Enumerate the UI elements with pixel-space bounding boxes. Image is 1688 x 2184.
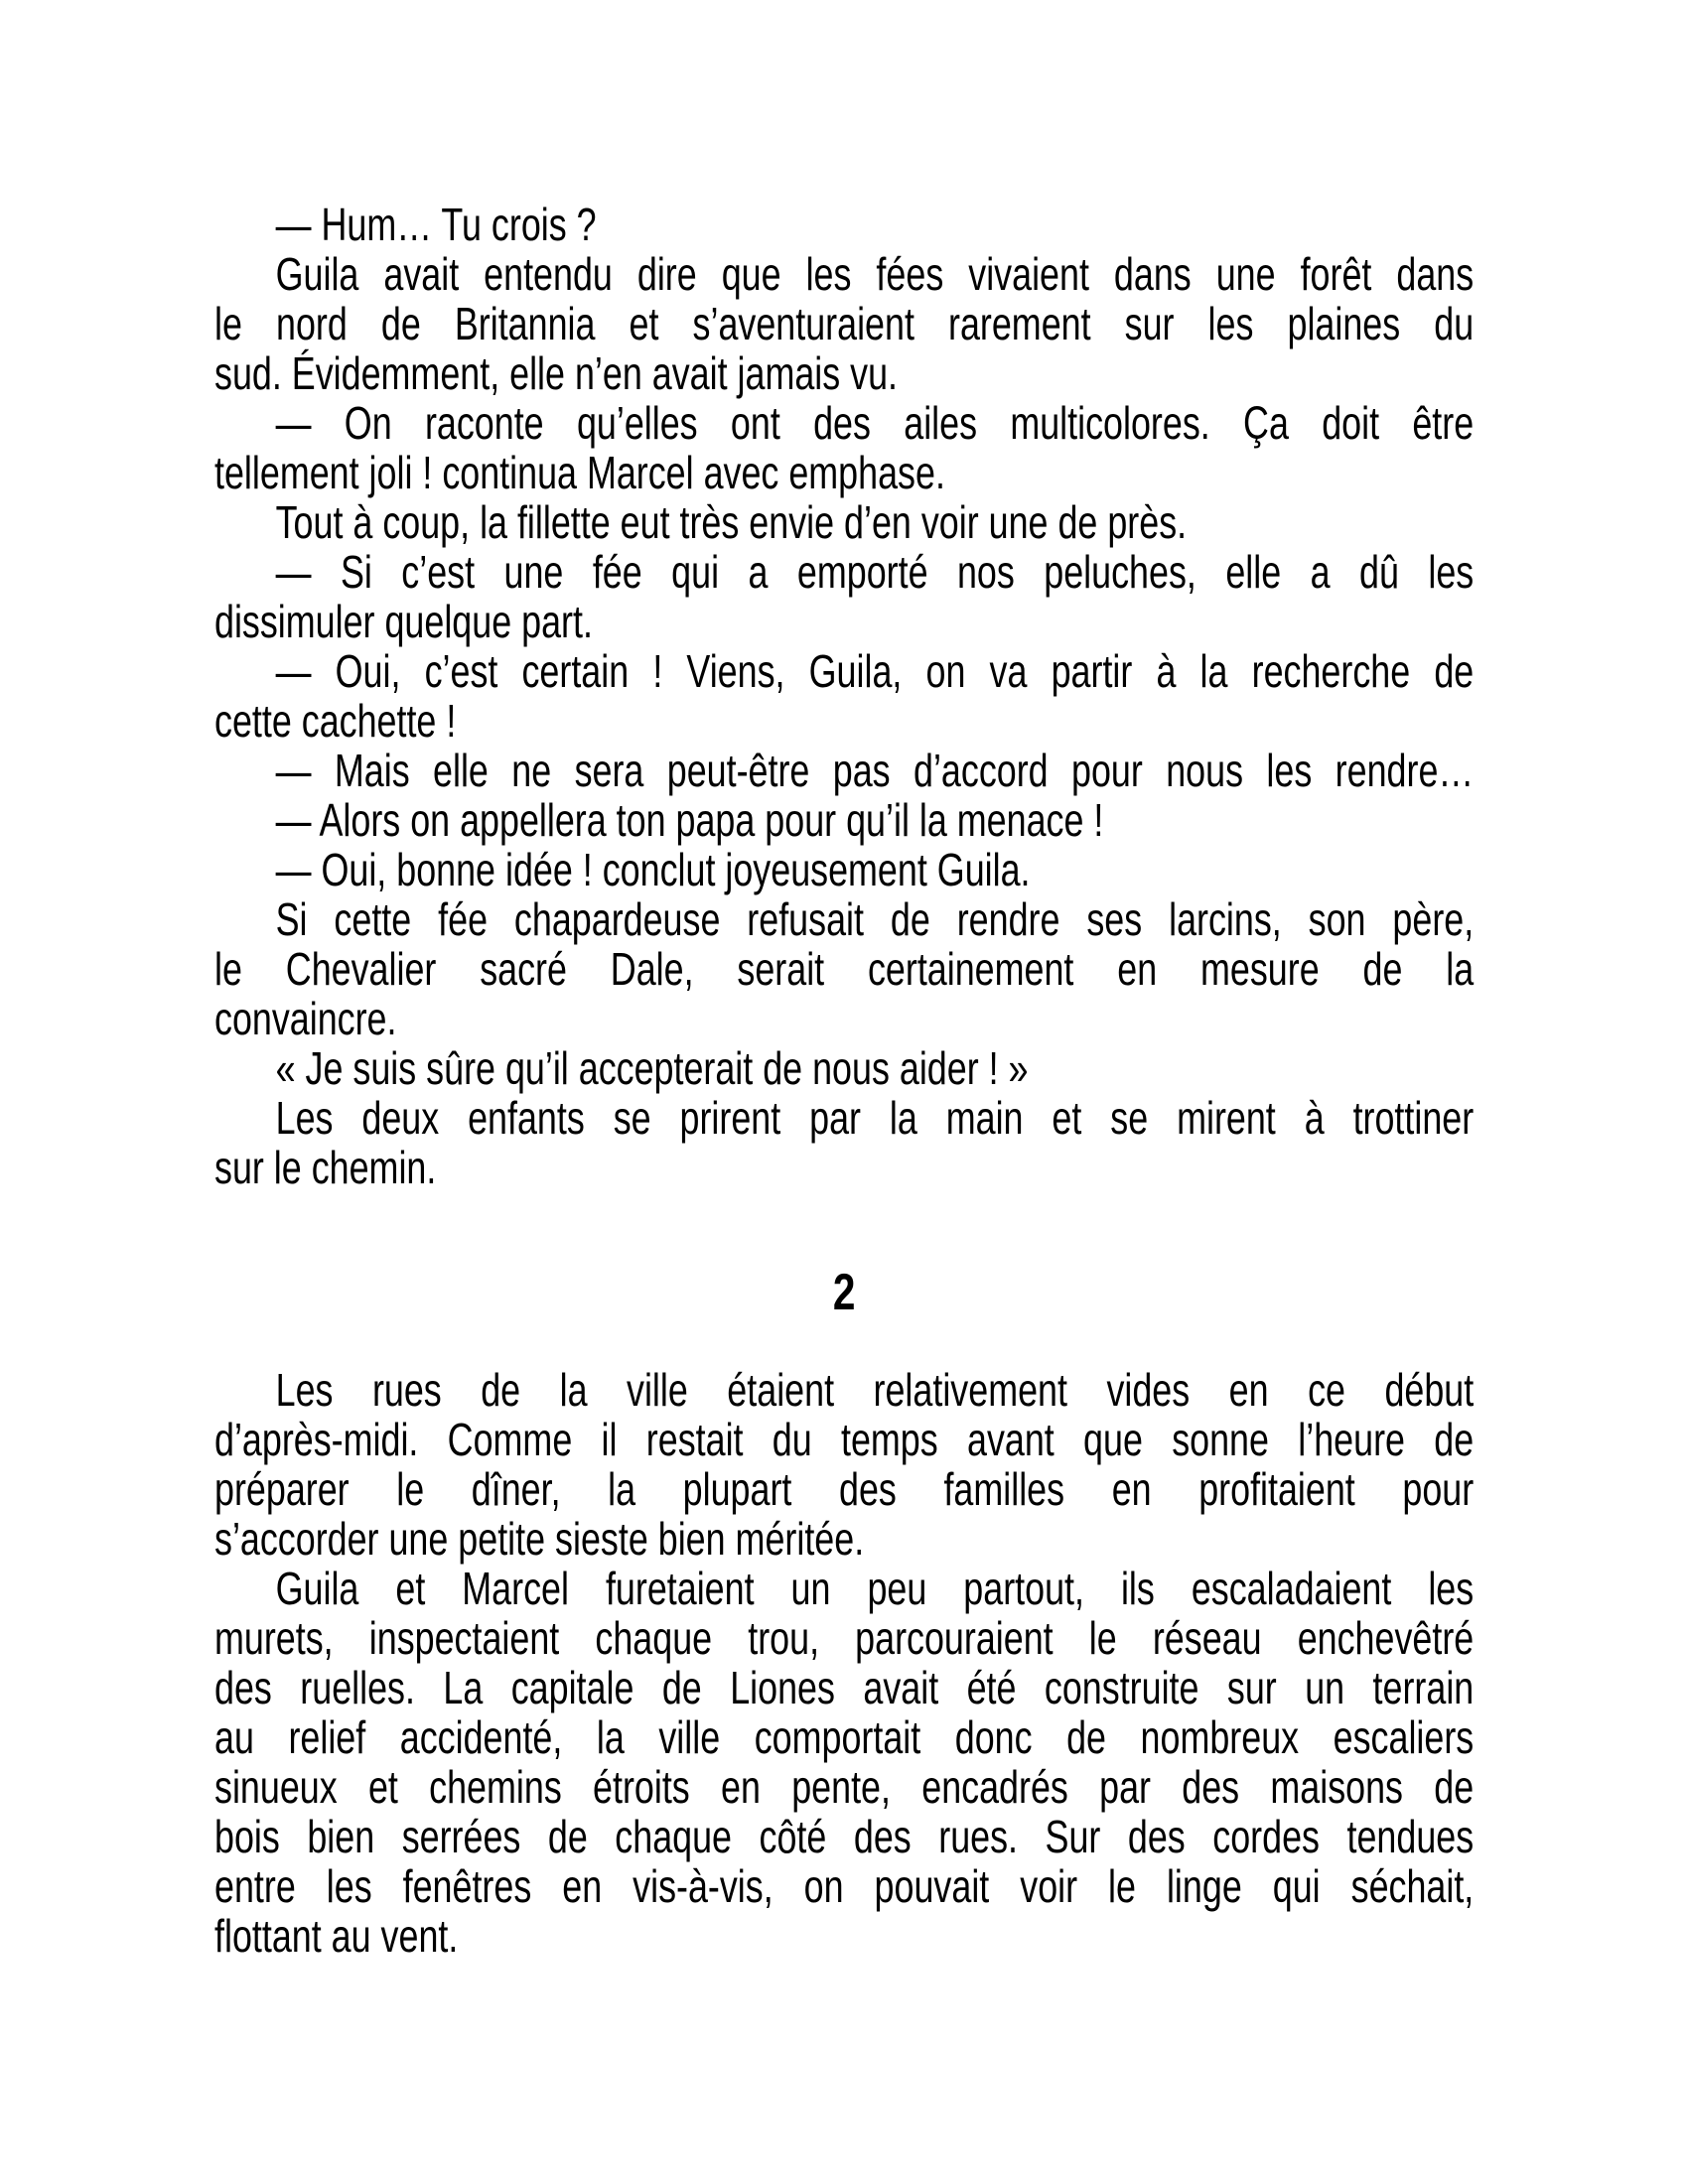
text-line: Sicetteféechapardeuserefusaitderendreses… <box>214 894 1474 944</box>
text-line: cette cachette ! <box>214 696 1474 746</box>
text-line: Guilaavaitentendudirequelesféesvivaientd… <box>214 249 1474 299</box>
text-line: — Oui, bonne idée ! conclut joyeusement … <box>214 845 1474 894</box>
text-line: tellement joli ! continua Marcel avec em… <box>214 448 1474 497</box>
text-line: aureliefaccidenté,lavillecomportaitdoncd… <box>214 1712 1474 1762</box>
text-line: —Sic’estuneféequiaemporténospeluches,ell… <box>214 547 1474 597</box>
text-line: sinueuxetcheminsétroitsenpente,encadrésp… <box>214 1762 1474 1812</box>
text-line: « Je suis sûre qu’il accepterait de nous… <box>214 1043 1474 1093</box>
text-line: lenorddeBritanniaets’aventuraientraremen… <box>214 299 1474 348</box>
text-line: Lesruesdelavilleétaientrelativementvides… <box>214 1365 1474 1415</box>
text-line: murets,inspectaientchaquetrou,parcouraie… <box>214 1613 1474 1663</box>
text-section-2: Lesruesdelavilleétaientrelativementvides… <box>214 1365 1474 1961</box>
text-line: sud. Évidemment, elle n’en avait jamais … <box>214 348 1474 398</box>
text-line: s’accorder une petite sieste bien mérité… <box>214 1514 1474 1564</box>
text-line: — Hum… Tu crois ? <box>214 200 1474 249</box>
text-line: GuilaetMarcelfuretaientunpeupartout,ilse… <box>214 1564 1474 1613</box>
text-line: boisbienserréesdechaquecôtédesrues.Surde… <box>214 1812 1474 1861</box>
text-line: flottant au vent. <box>214 1911 1474 1961</box>
text-line: desruelles.LacapitaledeLionesavaitétécon… <box>214 1663 1474 1712</box>
text-line: — Alors on appellera ton papa pour qu’il… <box>214 795 1474 845</box>
text-line: leChevaliersacréDale,seraitcertainemente… <box>214 944 1474 994</box>
text-line: —Oui,c’estcertain!Viens,Guila,onvapartir… <box>214 646 1474 696</box>
text-line: Lesdeuxenfantsseprirentparlamainetsemire… <box>214 1093 1474 1143</box>
text-line: convaincre. <box>214 994 1474 1043</box>
text-line: —Onracontequ’ellesontdesailesmulticolore… <box>214 398 1474 448</box>
text-column: — Hum… Tu crois ?Guilaavaitentendudirequ… <box>214 200 1474 1961</box>
text-line: entrelesfenêtresenvis-à-vis,onpouvaitvoi… <box>214 1861 1474 1911</box>
book-page: — Hum… Tu crois ?Guilaavaitentendudirequ… <box>0 0 1688 2184</box>
text-line: dissimuler quelque part. <box>214 597 1474 646</box>
text-line: Tout à coup, la fillette eut très envie … <box>214 497 1474 547</box>
text-line: sur le chemin. <box>214 1143 1474 1192</box>
text-line: préparerledîner,laplupartdesfamillesenpr… <box>214 1464 1474 1514</box>
chapter-number-heading: 2 <box>214 1268 1474 1317</box>
text-line: —Maiselleneserapeut-êtrepasd’accordpourn… <box>214 746 1474 795</box>
text-section-1: — Hum… Tu crois ?Guilaavaitentendudirequ… <box>214 200 1474 1192</box>
text-line: d’après-midi.Commeilrestaitdutempsavantq… <box>214 1415 1474 1464</box>
